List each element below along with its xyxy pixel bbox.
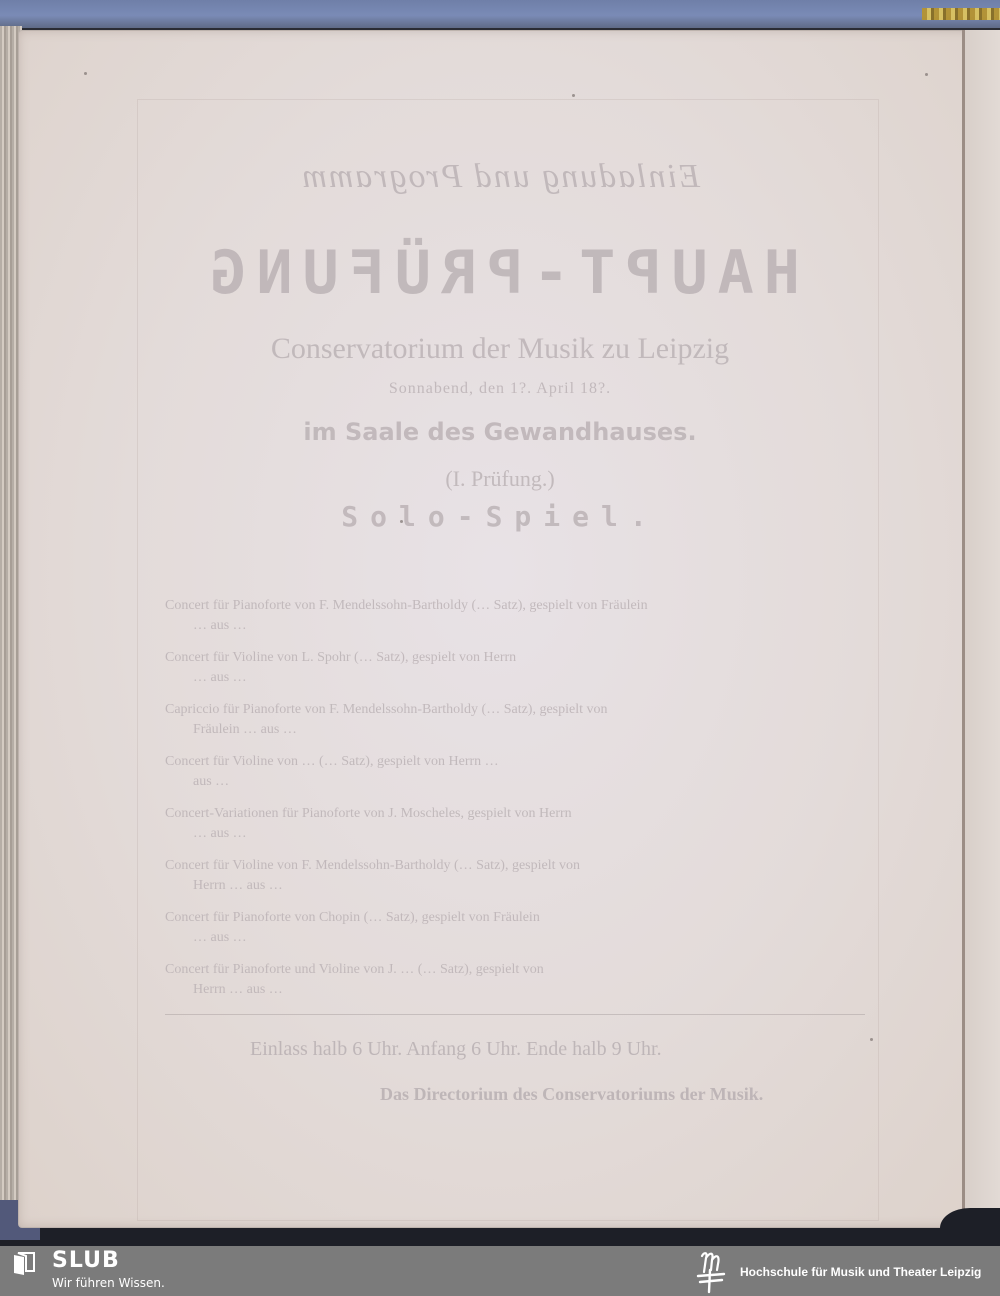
program-item: Concert für Violine von L. Spohr (… Satz… xyxy=(165,648,865,688)
slub-tagline: Wir führen Wissen. xyxy=(52,1276,165,1290)
page-curl-shadow xyxy=(940,1208,1000,1246)
program-item-line: Concert für Pianoforte von F. Mendelssoh… xyxy=(165,598,648,613)
show-through-signature: Das Directorium des Conservatoriums der … xyxy=(380,1084,840,1105)
provider-footer-bar: SLUB Wir führen Wissen. Hochschule für M… xyxy=(0,1246,1000,1296)
program-item-performer: … aus … xyxy=(165,928,865,948)
paper-speck xyxy=(870,1038,873,1041)
show-through-title: HAUPT-PRÜFUNG xyxy=(0,238,1000,308)
book-icon xyxy=(12,1252,38,1276)
program-item-line: Concert für Pianoforte von Chopin (… Sat… xyxy=(165,910,540,925)
program-item-performer: Fräulein … aus … xyxy=(165,720,865,740)
program-item-performer: … aus … xyxy=(165,824,865,844)
show-through-venue-line: im Saale des Gewandhauses. xyxy=(0,418,1000,446)
program-item-line: Capriccio für Pianoforte von F. Mendelss… xyxy=(165,702,608,717)
program-item: Concert für Pianoforte von Chopin (… Sat… xyxy=(165,908,865,948)
hmt-monogram-icon xyxy=(694,1250,728,1294)
program-item-line: Concert für Violine von F. Mendelssohn-B… xyxy=(165,858,580,873)
paper-speck xyxy=(400,520,403,523)
program-item: Concert für Pianoforte von F. Mendelssoh… xyxy=(165,596,865,636)
paper-speck xyxy=(925,73,928,76)
paper-speck xyxy=(572,94,575,97)
program-item: Concert für Pianoforte und Violine von J… xyxy=(165,960,865,1000)
paper-speck xyxy=(84,72,87,75)
program-item-performer: … aus … xyxy=(165,668,865,688)
scan-viewport: Einladung und Programm HAUPT-PRÜFUNG Con… xyxy=(0,0,1000,1246)
show-through-invitation-line: Einladung und Programm xyxy=(0,158,1000,196)
program-item-performer: Herrn … aus … xyxy=(165,876,865,896)
show-through-section-heading: Solo-Spiel. xyxy=(0,500,1000,533)
facing-page-edge xyxy=(965,30,1000,1225)
program-item: Concert für Violine von F. Mendelssohn-B… xyxy=(165,856,865,896)
show-through-date-line: Sonnabend, den 1?. April 18?. xyxy=(0,380,1000,398)
program-item-performer: aus … xyxy=(165,772,865,792)
program-item-performer: Herrn … aus … xyxy=(165,980,865,1000)
program-item-line: Concert für Violine von L. Spohr (… Satz… xyxy=(165,650,516,665)
show-through-exam-number: (I. Prüfung.) xyxy=(0,466,1000,492)
program-item: Concert für Violine von … (… Satz), gesp… xyxy=(165,752,865,792)
show-through-divider-rule xyxy=(165,1014,865,1015)
hmt-institution-name: Hochschule für Musik und Theater Leipzig xyxy=(740,1265,981,1279)
program-item-line: Concert für Pianoforte und Violine von J… xyxy=(165,962,544,977)
program-item-line: Concert für Violine von … (… Satz), gesp… xyxy=(165,754,499,769)
program-item: Concert-Variationen für Pianoforte von J… xyxy=(165,804,865,844)
program-item: Capriccio für Pianoforte von F. Mendelss… xyxy=(165,700,865,740)
gilt-spine-ornament xyxy=(922,8,1000,20)
show-through-conservatory-line: Conservatorium der Musik zu Leipzig xyxy=(0,332,1000,366)
show-through-admission-times: Einlass halb 6 Uhr. Anfang 6 Uhr. Ende h… xyxy=(250,1038,810,1061)
show-through-program-list: Concert für Pianoforte von F. Mendelssoh… xyxy=(165,596,865,1012)
book-cover-top-edge xyxy=(0,0,1000,28)
slub-wordmark: SLUB xyxy=(52,1248,120,1273)
program-item-line: Concert-Variationen für Pianoforte von J… xyxy=(165,806,572,821)
program-item-performer: … aus … xyxy=(165,616,865,636)
